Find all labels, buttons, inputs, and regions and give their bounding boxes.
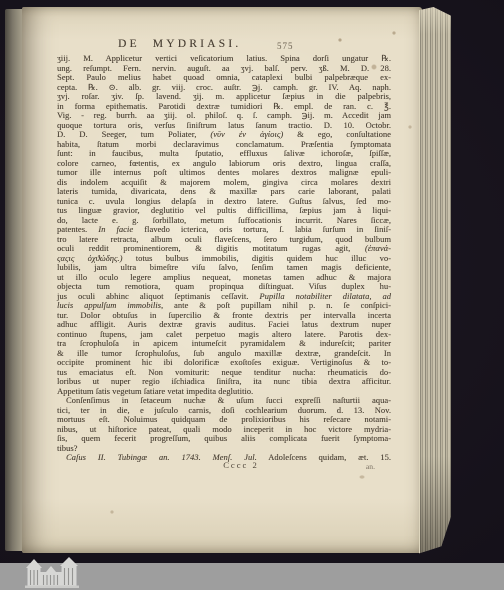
library-building-logo-icon <box>25 556 79 588</box>
running-head: DE MYDRIASI. <box>118 38 241 50</box>
scanned-book-photo: DE MYDRIASI. 575 ʒiij. M. Applicetur ver… <box>0 0 504 590</box>
body-text: ʒiij. M. Applicetur vertici veſicatorium… <box>57 54 391 463</box>
signature-mark: Cccc 2 <box>57 460 391 471</box>
catchword: an. <box>366 461 375 472</box>
page-number: 575 <box>277 41 294 51</box>
text-line: ſis, quem fecerit progreſſum, quibus ali… <box>57 434 391 444</box>
signature-row: Cccc 2 an. <box>57 460 391 471</box>
fore-edge-page-stack <box>419 7 451 555</box>
